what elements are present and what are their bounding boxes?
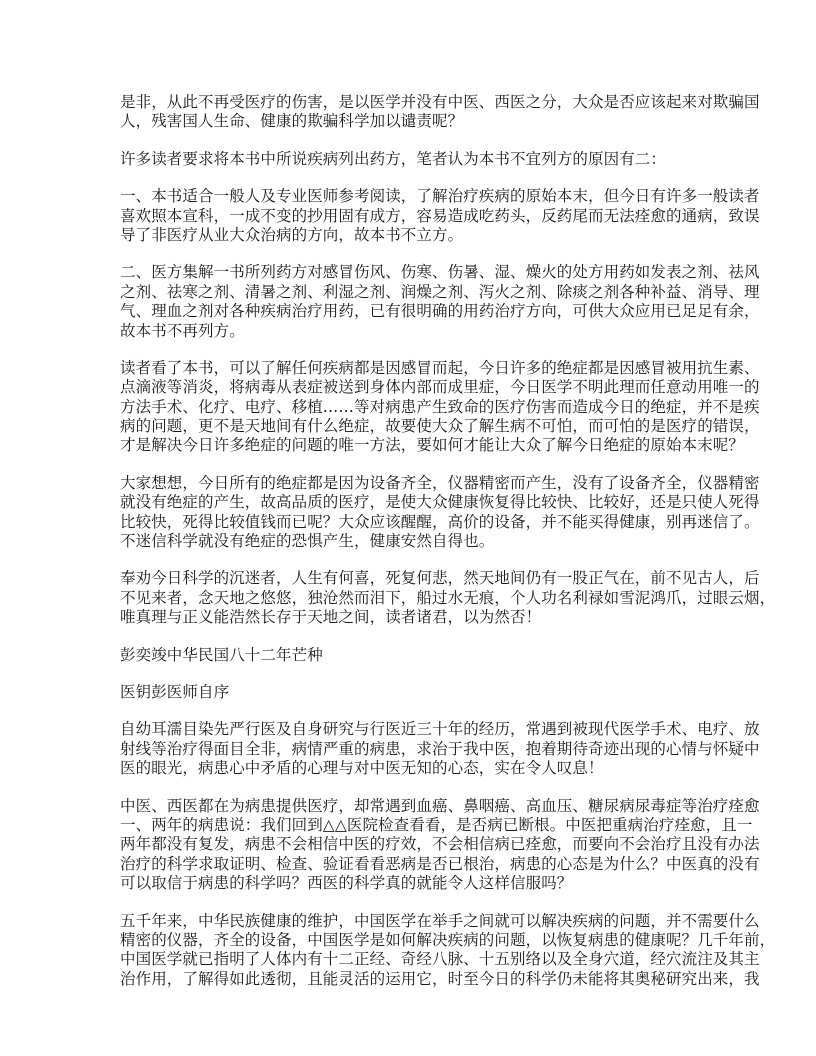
text-line: 导了非医疗从业大众治病的方向，故本书不立方。 [120,226,700,245]
text-line: 方法手术、化疗、电疗、移植……等对病患产生致命的医疗伤害而造成今日的绝症，并不是… [120,398,700,417]
text-line: 自幼耳濡目染先严行医及自身研究与行医近三十年的经历，常遇到被现代医学手术、电疗、… [120,720,700,739]
paragraph: 中医、西医都在为病患提供医疗，却常遇到血癌、鼻咽癌、高血压、糖尿病尿毒症等治疗痊… [120,797,700,894]
text-line: 气、理血之剂对各种疾病治疗用药，已有很明确的用药治疗方向，可供大众应用已足足有余… [120,302,700,321]
text-line: 二、医方集解一书所列药方对感冒伤风、伤寒、伤暑、湿、燥火的处方用药如发表之剂、祛… [120,263,700,282]
text-line: 中医、西医都在为病患提供医疗，却常遇到血癌、鼻咽癌、高血压、糖尿病尿毒症等治疗痊… [120,797,700,816]
paragraph: 自幼耳濡目染先严行医及自身研究与行医近三十年的经历，常遇到被现代医学手术、电疗、… [120,720,700,778]
text-line: 治疗的科学求取证明、检查、验证看看恶病是否已根治，病患的心态是为什么？中医真的没… [120,855,700,874]
text-line: 医的眼光，病患心中矛盾的心理与对中医无知的心态，实在令人叹息！ [120,759,700,778]
text-line: 不迷信科学就没有绝症的恐惧产生，健康安然自得也。 [120,532,700,551]
text-line: 点滴液等消炎，将病毒从表症被送到身体内部而成里症，今日医学不明此理而任意动用唯一… [120,378,700,397]
text-line: 读者看了本书，可以了解任何疾病都是因感冒而起，今日许多的绝症都是因感冒被用抗生素… [120,359,700,378]
paragraph: 许多读者要求将本书中所说疾病列出药方，笔者认为本书不宜列方的原因有二： [120,150,700,169]
paragraph: 彭奕竣中华民国八十二年芒种 [120,646,700,665]
text-line: 唯真理与正义能浩然长存于天地之间，读者诸君，以为然否！ [120,608,700,627]
text-line: 才是解决今日许多绝症的问题的唯一方法，要如何才能让大众了解今日绝症的原始本末呢？ [120,436,700,455]
paragraph: 医钥彭医师自序 [120,683,700,702]
text-line: 是非，从此不再受医疗的伤害，是以医学并没有中医、西医之分，大众是否应该起来对欺骗… [120,93,700,112]
paragraph: 是非，从此不再受医疗的伤害，是以医学并没有中医、西医之分，大众是否应该起来对欺骗… [120,93,700,132]
text-line: 治作用，了解得如此透彻，且能灵活的运用它，时至今日的科学仍未能将其奥秘研究出来，… [120,970,700,989]
text-line: 大家想想，今日所有的绝症都是因为设备齐全，仪器精密而产生，没有了设备齐全，仪器精… [120,474,700,493]
text-line: 喜欢照本宣科，一成不变的抄用固有成方，容易造成吃药头，反药尾而无法痊愈的通病，致… [120,207,700,226]
paragraph: 读者看了本书，可以了解任何疾病都是因感冒而起，今日许多的绝症都是因感冒被用抗生素… [120,359,700,456]
text-line: 一、本书适合一般人及专业医师参考阅读，了解治疗疾病的原始本末，但今日有许多一般读… [120,187,700,206]
text-line: 就没有绝症的产生，故高品质的医疗，是使大众健康恢复得比较快、比较好，还是只使人死… [120,493,700,512]
text-line: 许多读者要求将本书中所说疾病列出药方，笔者认为本书不宜列方的原因有二： [120,150,700,169]
paragraph: 大家想想，今日所有的绝症都是因为设备齐全，仪器精密而产生，没有了设备齐全，仪器精… [120,474,700,552]
text-line: 病的问题，更不是天地间有什么绝症，故要使大众了解生病不可怕，而可怕的是医疗的错误… [120,417,700,436]
text-line: 彭奕竣中华民国八十二年芒种 [120,646,700,665]
text-line: 比较快，死得比较值钱而已呢？大众应该醒醒，高价的设备，并不能买得健康，别再迷信了… [120,513,700,532]
text-line: 之剂、祛寒之剂、清暑之剂、利湿之剂、润燥之剂、泻火之剂、除痰之剂各种补益、消导、… [120,283,700,302]
text-line: 精密的仪器，齐全的设备，中国医学是如何解决疾病的问题，以恢复病患的健康呢？几千年… [120,931,700,950]
text-line: 可以取信于病患的科学吗？西医的科学真的就能令人这样信服吗？ [120,874,700,893]
document-page: 是非，从此不再受医疗的伤害，是以医学并没有中医、西医之分，大众是否应该起来对欺骗… [120,93,700,1007]
text-line: 故本书不再列方。 [120,322,700,341]
text-line: 一、两年的病患说：我们回到△△医院检查看看，是否病已断根。中医把重病治疗痊愈，且… [120,816,700,835]
text-line: 中国医学就已指明了人体内有十二正经、奇经八脉、十五别络以及全身穴道，经穴流注及其… [120,950,700,969]
text-line: 奉劝今日科学的沉迷者，人生有何喜，死复何悲，然天地间仍有一股正气在，前不见古人，… [120,569,700,588]
paragraph: 二、医方集解一书所列药方对感冒伤风、伤寒、伤暑、湿、燥火的处方用药如发表之剂、祛… [120,263,700,341]
text-line: 医钥彭医师自序 [120,683,700,702]
text-line: 人，残害国人生命、健康的欺骗科学加以谴责呢？ [120,112,700,131]
paragraph: 五千年来，中华民族健康的维护，中国医学在举手之间就可以解决疾病的问题，并不需要什… [120,912,700,990]
text-line: 两年都没有复发，病患不会相信中医的疗效，不会相信病已痊愈，而要向不会治疗且没有办… [120,835,700,854]
paragraph: 奉劝今日科学的沉迷者，人生有何喜，死复何悲，然天地间仍有一股正气在，前不见古人，… [120,569,700,627]
text-line: 五千年来，中华民族健康的维护，中国医学在举手之间就可以解决疾病的问题，并不需要什… [120,912,700,931]
paragraph: 一、本书适合一般人及专业医师参考阅读，了解治疗疾病的原始本末，但今日有许多一般读… [120,187,700,245]
text-line: 不见来者，念天地之悠悠，独沧然而泪下，船过水无痕，个人功名利禄如雪泥鸿爪，过眼云… [120,589,700,608]
text-line: 射线等治疗得面目全非，病情严重的病患，求治于我中医，抱着期待奇迹出现的心情与怀疑… [120,740,700,759]
